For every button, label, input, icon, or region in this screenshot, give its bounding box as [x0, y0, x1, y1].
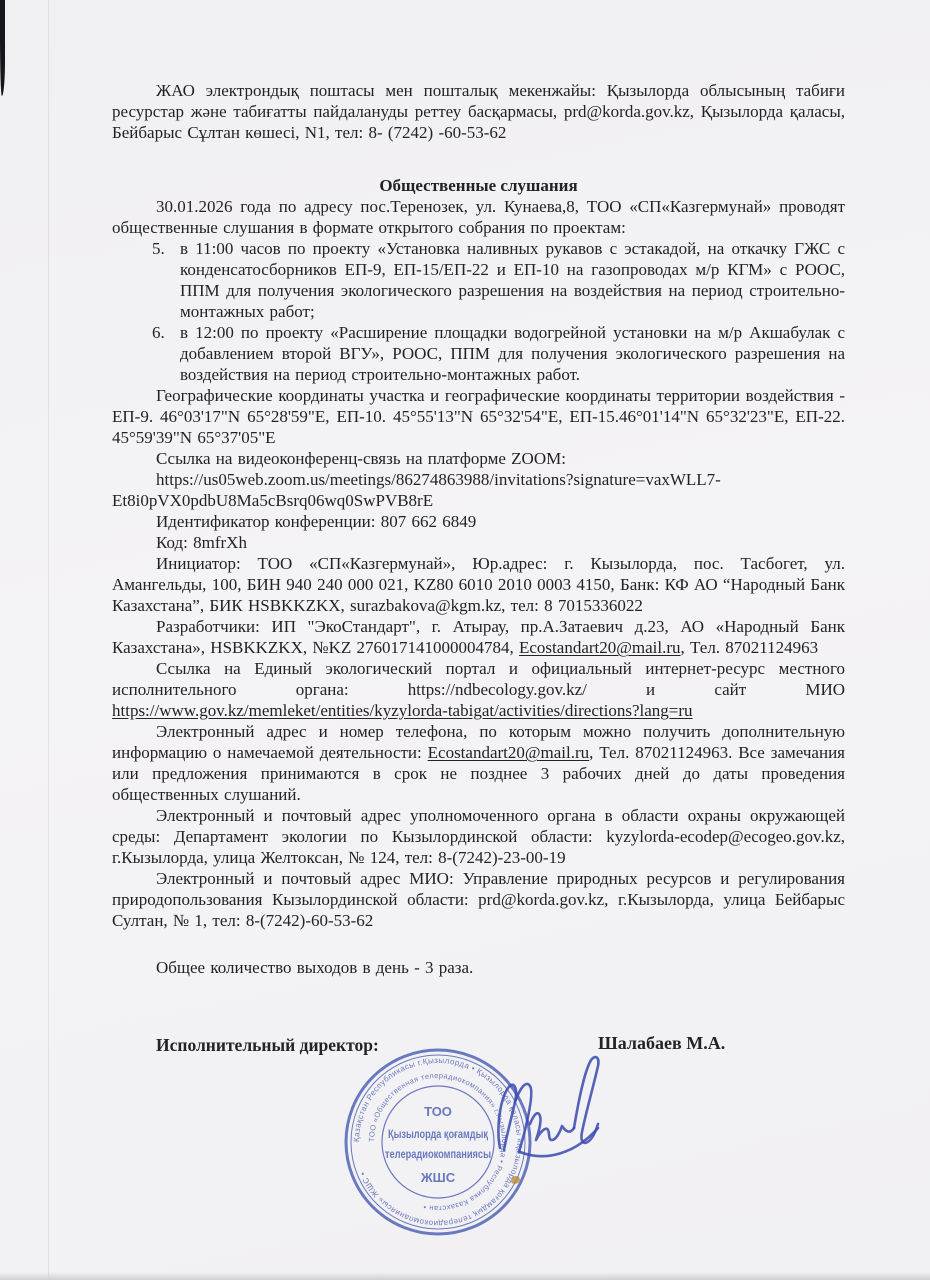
paragraph-feedback-contact: Электронный адрес и номер телефона, по к…: [112, 721, 845, 805]
feedback-email-link: Ecostandart20@mail.ru: [428, 743, 590, 762]
paragraph-mio-contact: Электронный и почтовый адрес МИО: Управл…: [112, 868, 845, 931]
signature-stroke: [498, 1085, 516, 1150]
mio-site-link: https://www.gov.kz/memleket/entities/kyz…: [112, 701, 693, 720]
scanned-document-page: ЖАО электрондық поштасы мен пошталық мек…: [0, 0, 930, 1280]
paragraph-conference-code: Код: 8mfrXh: [112, 532, 845, 553]
portal-text: Ссылка на Единый экологический портал и …: [112, 659, 845, 699]
developers-email-link: Ecostandart20@mail.ru: [519, 638, 681, 657]
paragraph-zoom-url: https://us05web.zoom.us/meetings/8627486…: [112, 469, 845, 511]
signature-stroke: [530, 1113, 574, 1140]
list-item-project-6: 6. в 12:00 по проекту «Расширение площад…: [112, 322, 845, 385]
paragraph-authority-contact: Электронный и почтовый адрес уполномочен…: [112, 805, 845, 868]
paragraph-hearing-intro: 30.01.2026 года по адресу пос.Теренозек,…: [112, 196, 845, 238]
list-item-number: 5.: [152, 238, 165, 259]
director-name: Шалабаев М.А.: [598, 1032, 725, 1054]
stamp-center-line-2: Қызылорда қоғамдық: [388, 1129, 488, 1141]
list-item-text: в 12:00 по проекту «Расширение площадки …: [180, 323, 845, 384]
paragraph-daily-outputs: Общее количество выходов в день - 3 раза…: [112, 957, 845, 978]
paragraph-conference-id: Идентификатор конференции: 807 662 6849: [112, 511, 845, 532]
paragraph-coordinates: Географические координаты участка и геог…: [112, 385, 845, 448]
scan-bottom-edge: [0, 1272, 930, 1280]
signature-stroke: [515, 1084, 531, 1152]
stamp-center-line-1: ТОО: [424, 1104, 452, 1119]
list-item-project-5: 5. в 11:00 часов по проекту «Установка н…: [112, 238, 845, 322]
paragraph-zhao-contact: ЖАО электрондық поштасы мен пошталық мек…: [112, 80, 845, 143]
developers-phone: , Тел. 87021124963: [681, 638, 819, 657]
director-signature: [490, 1040, 610, 1165]
stamp-center-line-3: телерадиокомпаниясы: [385, 1149, 491, 1161]
svg-text:ТОО «Общественная телерадиоком: ТОО «Общественная телерадиокомпания» г.К…: [367, 1071, 509, 1213]
project-list: 5. в 11:00 часов по проекту «Установка н…: [112, 238, 845, 385]
heading-public-hearings: Общественные слушания: [112, 175, 845, 196]
paragraph-eco-portal: Ссылка на Единый экологический портал и …: [112, 658, 845, 721]
paragraph-zoom-label: Ссылка на видеоконференц-связь на платфо…: [112, 448, 845, 469]
document-content: ЖАО электрондық поштасы мен пошталық мек…: [0, 0, 930, 1056]
stamp-ring-inner-text: ТОО «Общественная телерадиокомпания» г.К…: [367, 1071, 509, 1213]
paragraph-developers: Разработчики: ИП "ЭкоСтандарт", г. Атыра…: [112, 616, 845, 658]
list-item-text: в 11:00 часов по проекту «Установка нали…: [180, 239, 845, 321]
paragraph-initiator: Инициатор: ТОО «СП«Казгермунай», Юр.адре…: [112, 553, 845, 616]
list-item-number: 6.: [152, 322, 165, 343]
stamp-center-line-4: ЖШС: [420, 1170, 456, 1185]
